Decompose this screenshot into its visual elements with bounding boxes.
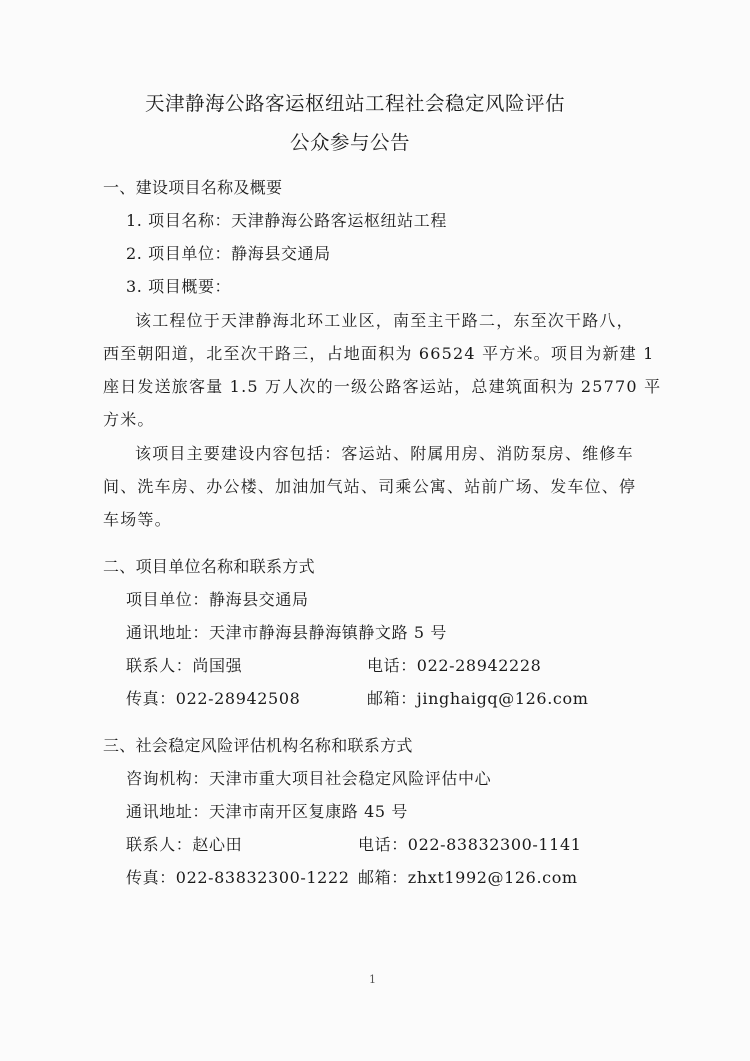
agency-fax: 传真：022-83832300-1222 xyxy=(126,865,350,888)
overview-paragraph-line: 该工程位于天津静海北环工业区，南至主干路二，东至次干路八， xyxy=(135,308,634,331)
agency-contact: 联系人：赵心田 xyxy=(126,832,242,855)
overview-paragraph-line: 西至朝阳道，北至次干路三，占地面积为 66524 平方米。项目为新建 1 xyxy=(103,341,655,364)
project-overview-label: 3. 项目概要： xyxy=(126,274,231,297)
section-1-heading: 一、建设项目名称及概要 xyxy=(103,175,282,198)
overview-paragraph-line: 方米。 xyxy=(103,407,155,430)
agency-label: 咨询机构：天津市重大项目社会稳定风险评估中心 xyxy=(126,766,491,789)
content-paragraph-line: 间、洗车房、办公楼、加油加气站、司乘公寓、站前广场、发车位、停 xyxy=(103,474,636,497)
section-3-heading: 三、社会稳定风险评估机构名称和联系方式 xyxy=(103,733,413,756)
document-title: 天津静海公路客运枢纽站工程社会稳定风险评估 xyxy=(145,88,565,116)
project-unit: 2. 项目单位：静海县交通局 xyxy=(126,241,331,264)
agency-address: 通讯地址：天津市南开区复康路 45 号 xyxy=(126,799,408,822)
agency-email: 邮箱：zhxt1992@126.com xyxy=(358,865,578,888)
unit-contact: 联系人：尚国强 xyxy=(126,653,242,676)
section-2-heading: 二、项目单位名称和联系方式 xyxy=(103,554,315,577)
unit-fax: 传真：022-28942508 xyxy=(126,686,300,709)
document-subtitle: 公众参与公告 xyxy=(290,127,410,155)
project-name: 1. 项目名称：天津静海公路客运枢纽站工程 xyxy=(126,208,447,231)
unit-address: 通讯地址：天津市静海县静海镇静文路 5 号 xyxy=(126,620,447,643)
page-number: 1 xyxy=(369,973,376,986)
unit-email: 邮箱：jinghaigq@126.com xyxy=(367,686,588,709)
unit-label: 项目单位：静海县交通局 xyxy=(126,587,309,610)
content-paragraph-line: 车场等。 xyxy=(103,507,172,530)
content-paragraph-line: 该项目主要建设内容包括：客运站、附属用房、消防泵房、维修车 xyxy=(135,441,634,464)
agency-phone: 电话：022-83832300-1141 xyxy=(358,832,582,855)
overview-paragraph-line: 座日发送旅客量 1.5 万人次的一级公路客运站，总建筑面积为 25770 平 xyxy=(103,374,661,397)
unit-phone: 电话：022-28942228 xyxy=(367,653,541,676)
